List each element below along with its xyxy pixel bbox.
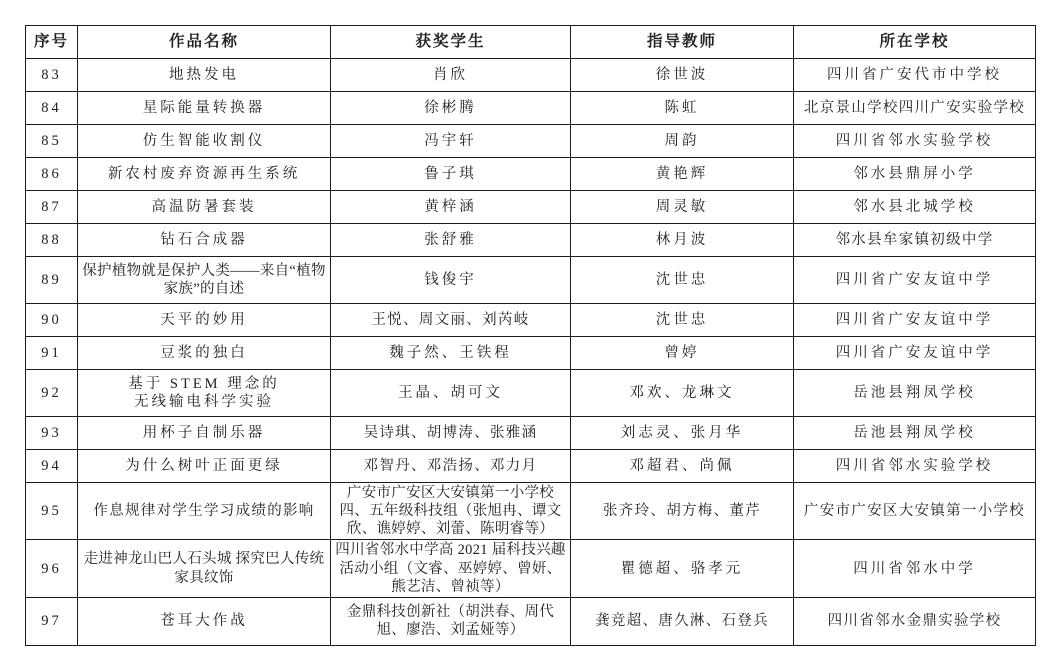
- cell-title: 天平的妙用: [78, 304, 331, 337]
- header-teachers: 指导教师: [571, 26, 794, 59]
- cell-title: 地热发电: [78, 59, 331, 92]
- cell-title: 苍耳大作战: [78, 597, 331, 645]
- cell-no: 94: [26, 450, 78, 483]
- cell-school: 岳池县翔凤学校: [794, 370, 1036, 417]
- cell-no: 95: [26, 483, 78, 540]
- cell-students: 肖欣: [331, 59, 571, 92]
- cell-title: 基于 STEM 理念的 无线输电科学实验: [78, 370, 331, 417]
- cell-school: 四川省邻水金鼎实验学校: [794, 597, 1036, 645]
- cell-no: 87: [26, 191, 78, 224]
- cell-teachers: 黄艳辉: [571, 158, 794, 191]
- cell-title: 新农村废弃资源再生系统: [78, 158, 331, 191]
- cell-teachers: 龚竞超、唐久淋、石登兵: [571, 597, 794, 645]
- cell-no: 85: [26, 125, 78, 158]
- cell-title: 保护植物就是保护人类——来自“植物家族”的自述: [78, 257, 331, 304]
- cell-school: 邻水县北城学校: [794, 191, 1036, 224]
- cell-teachers: 徐世波: [571, 59, 794, 92]
- table-row: 84 星际能量转换器 徐彬腾 陈虹 北京景山学校四川广安实验学校: [26, 92, 1036, 125]
- cell-no: 86: [26, 158, 78, 191]
- cell-school: 广安市广安区大安镇第一小学校: [794, 483, 1036, 540]
- cell-teachers: 周灵敏: [571, 191, 794, 224]
- cell-no: 90: [26, 304, 78, 337]
- table-row: 88 钻石合成器 张舒雅 林月波 邻水县牟家镇初级中学: [26, 224, 1036, 257]
- cell-no: 92: [26, 370, 78, 417]
- cell-no: 96: [26, 540, 78, 597]
- cell-no: 93: [26, 417, 78, 450]
- cell-school: 四川省邻水实验学校: [794, 125, 1036, 158]
- cell-teachers: 邓欢、龙琳文: [571, 370, 794, 417]
- cell-no: 83: [26, 59, 78, 92]
- cell-students: 广安市广安区大安镇第一小学校四、五年级科技组（张旭冉、谭文欣、谯婷婷、刘蕾、陈明…: [331, 483, 571, 540]
- cell-students: 鲁子琪: [331, 158, 571, 191]
- cell-students: 魏子然、王铁程: [331, 337, 571, 370]
- cell-title: 作息规律对学生学习成绩的影响: [78, 483, 331, 540]
- cell-title: 仿生智能收割仪: [78, 125, 331, 158]
- table-row: 95 作息规律对学生学习成绩的影响 广安市广安区大安镇第一小学校四、五年级科技组…: [26, 483, 1036, 540]
- table-row: 92 基于 STEM 理念的 无线输电科学实验 王晶、胡可文 邓欢、龙琳文 岳池…: [26, 370, 1036, 417]
- cell-school: 北京景山学校四川广安实验学校: [794, 92, 1036, 125]
- cell-students: 黄梓涵: [331, 191, 571, 224]
- cell-no: 91: [26, 337, 78, 370]
- table-row: 94 为什么树叶正面更绿 邓智丹、邓浩扬、邓力月 邓超君、尚佩 四川省邻水实验学…: [26, 450, 1036, 483]
- cell-students: 张舒雅: [331, 224, 571, 257]
- cell-school: 岳池县翔凤学校: [794, 417, 1036, 450]
- cell-title: 钻石合成器: [78, 224, 331, 257]
- table-row: 90 天平的妙用 王悦、周文丽、刘芮岐 沈世忠 四川省广安友谊中学: [26, 304, 1036, 337]
- table-row: 85 仿生智能收割仪 冯宇轩 周韵 四川省邻水实验学校: [26, 125, 1036, 158]
- cell-no: 88: [26, 224, 78, 257]
- cell-school: 四川省广安友谊中学: [794, 257, 1036, 304]
- header-school: 所在学校: [794, 26, 1036, 59]
- table-row: 91 豆浆的独白 魏子然、王铁程 曾婷 四川省广安友谊中学: [26, 337, 1036, 370]
- cell-teachers: 刘志灵、张月华: [571, 417, 794, 450]
- cell-title: 为什么树叶正面更绿: [78, 450, 331, 483]
- cell-teachers: 陈虹: [571, 92, 794, 125]
- table-row: 96 走进神龙山巴人石头城 探究巴人传统家具纹饰 四川省邻水中学高 2021 届…: [26, 540, 1036, 597]
- cell-students: 四川省邻水中学高 2021 届科技兴趣活动小组（文睿、巫婷婷、曾妍、熊艺洁、曾祯…: [331, 540, 571, 597]
- cell-school: 邻水县牟家镇初级中学: [794, 224, 1036, 257]
- table-row: 86 新农村废弃资源再生系统 鲁子琪 黄艳辉 邻水县鼎屏小学: [26, 158, 1036, 191]
- header-students: 获奖学生: [331, 26, 571, 59]
- cell-students: 邓智丹、邓浩扬、邓力月: [331, 450, 571, 483]
- cell-no: 97: [26, 597, 78, 645]
- cell-students: 徐彬腾: [331, 92, 571, 125]
- cell-students: 吴诗琪、胡博涛、张雅涵: [331, 417, 571, 450]
- cell-teachers: 周韵: [571, 125, 794, 158]
- cell-title: 用杯子自制乐器: [78, 417, 331, 450]
- cell-school: 四川省广安友谊中学: [794, 304, 1036, 337]
- header-title: 作品名称: [78, 26, 331, 59]
- cell-students: 钱俊宇: [331, 257, 571, 304]
- cell-students: 金鼎科技创新社（胡洪春、周代旭、廖浩、刘孟娅等）: [331, 597, 571, 645]
- cell-school: 四川省邻水实验学校: [794, 450, 1036, 483]
- cell-school: 四川省广安代市中学校: [794, 59, 1036, 92]
- cell-teachers: 张齐玲、胡方梅、董芹: [571, 483, 794, 540]
- cell-school: 邻水县鼎屏小学: [794, 158, 1036, 191]
- cell-school: 四川省邻水中学: [794, 540, 1036, 597]
- cell-students: 冯宇轩: [331, 125, 571, 158]
- cell-no: 84: [26, 92, 78, 125]
- table-row: 97 苍耳大作战 金鼎科技创新社（胡洪春、周代旭、廖浩、刘孟娅等） 龚竞超、唐久…: [26, 597, 1036, 645]
- cell-title: 星际能量转换器: [78, 92, 331, 125]
- cell-teachers: 邓超君、尚佩: [571, 450, 794, 483]
- cell-teachers: 瞿德超、骆孝元: [571, 540, 794, 597]
- table-row: 83 地热发电 肖欣 徐世波 四川省广安代市中学校: [26, 59, 1036, 92]
- cell-teachers: 林月波: [571, 224, 794, 257]
- cell-title: 豆浆的独白: [78, 337, 331, 370]
- cell-students: 王晶、胡可文: [331, 370, 571, 417]
- header-row: 序号 作品名称 获奖学生 指导教师 所在学校: [26, 26, 1036, 59]
- awards-table: 序号 作品名称 获奖学生 指导教师 所在学校 83 地热发电 肖欣 徐世波 四川…: [25, 25, 1036, 646]
- cell-teachers: 沈世忠: [571, 304, 794, 337]
- cell-school: 四川省广安友谊中学: [794, 337, 1036, 370]
- cell-title: 走进神龙山巴人石头城 探究巴人传统家具纹饰: [78, 540, 331, 597]
- cell-teachers: 曾婷: [571, 337, 794, 370]
- cell-no: 89: [26, 257, 78, 304]
- cell-students: 王悦、周文丽、刘芮岐: [331, 304, 571, 337]
- header-no: 序号: [26, 26, 78, 59]
- table-row: 93 用杯子自制乐器 吴诗琪、胡博涛、张雅涵 刘志灵、张月华 岳池县翔凤学校: [26, 417, 1036, 450]
- table-row: 89 保护植物就是保护人类——来自“植物家族”的自述 钱俊宇 沈世忠 四川省广安…: [26, 257, 1036, 304]
- table-row: 87 高温防暑套装 黄梓涵 周灵敏 邻水县北城学校: [26, 191, 1036, 224]
- cell-teachers: 沈世忠: [571, 257, 794, 304]
- cell-title: 高温防暑套装: [78, 191, 331, 224]
